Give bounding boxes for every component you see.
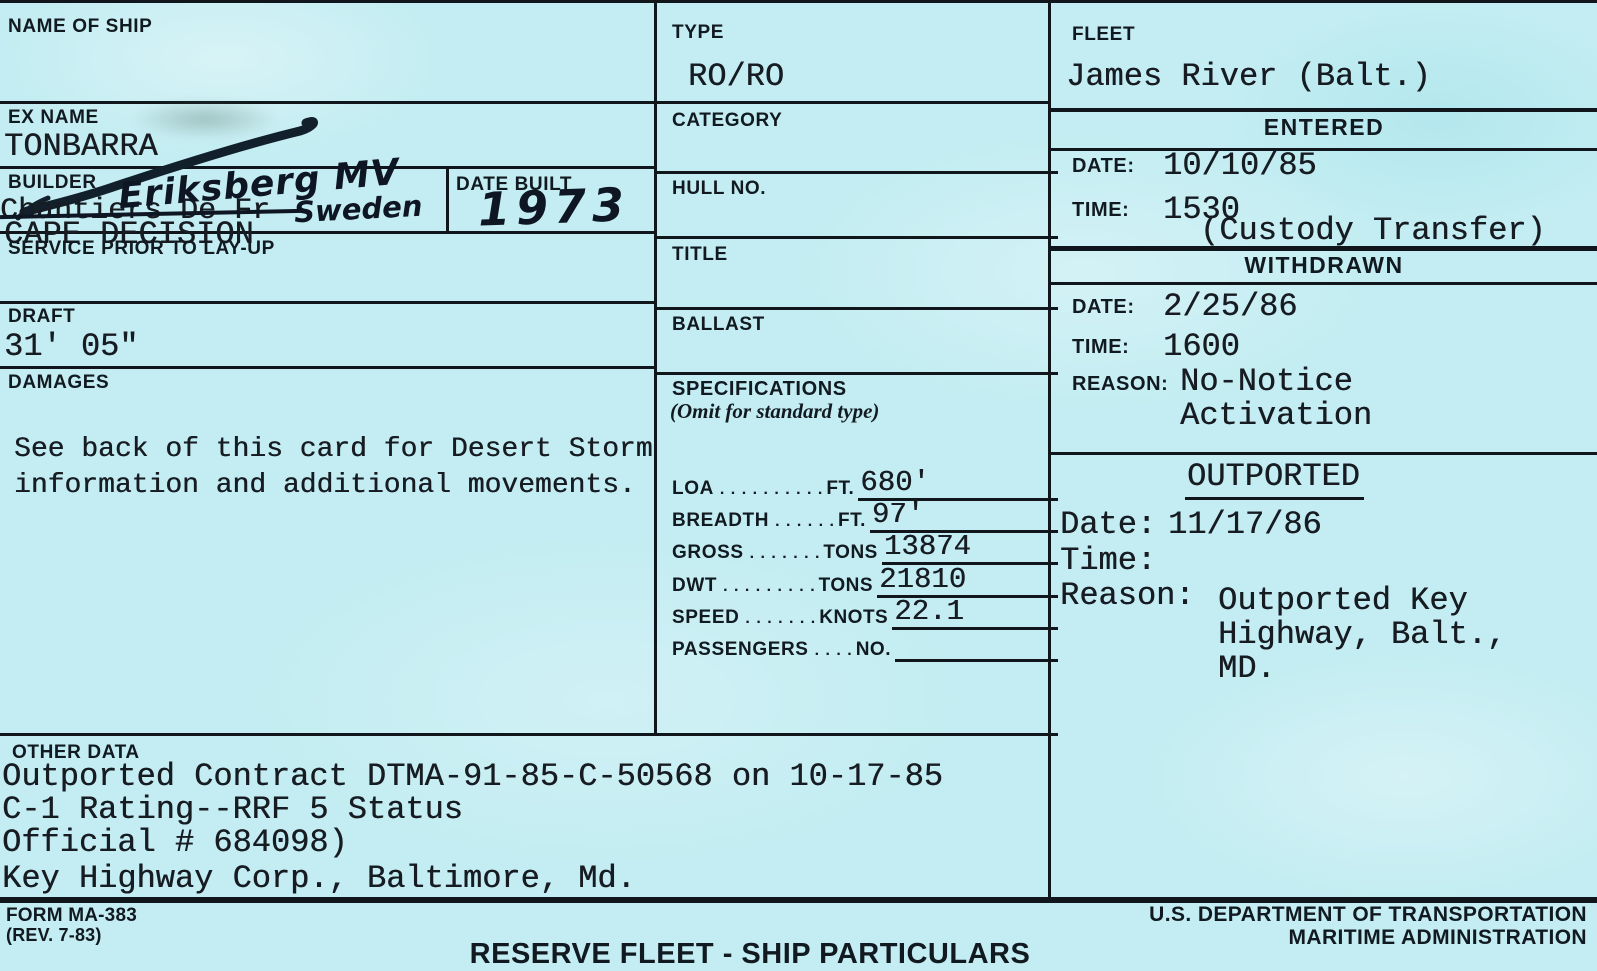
spec-value: 680' xyxy=(858,468,1058,501)
fleet-value: James River (Balt.) xyxy=(1066,58,1431,95)
spec-dots: . . . . xyxy=(815,640,853,662)
withdrawn-reason-label: REASON: xyxy=(1072,373,1168,396)
spec-name: SPEED xyxy=(672,606,739,630)
spec-name: DWT xyxy=(672,574,717,598)
divider xyxy=(654,372,1058,375)
spec-row-dwt: DWT . . . . . . . . . TONS 21810 xyxy=(672,567,1058,598)
date-built-value: 1973 xyxy=(477,177,631,236)
withdrawn-date-value: 2/25/86 xyxy=(1163,288,1297,325)
withdrawn-time-label: TIME: xyxy=(1072,336,1129,359)
spec-dots: . . . . . . . xyxy=(750,543,821,565)
spec-unit: TONS xyxy=(823,541,877,565)
builder-handwritten-country: Sweden xyxy=(293,189,423,230)
outported-reason-label: Reason: xyxy=(1060,577,1194,614)
spec-unit: FT. xyxy=(826,477,854,501)
category-label: CATEGORY xyxy=(672,110,782,132)
spec-unit: TONS xyxy=(819,574,873,598)
other-data-line-4: Key Highway Corp., Baltimore, Md. xyxy=(2,860,636,897)
divider xyxy=(0,366,657,369)
entered-date-label: DATE: xyxy=(1072,155,1135,178)
service-prior-label: SERVICE PRIOR TO LAY-UP xyxy=(8,238,275,260)
ex-name-label: EX NAME xyxy=(8,107,99,129)
spec-value: 97' xyxy=(870,500,1058,533)
hull-no-label: HULL NO. xyxy=(672,178,766,200)
spec-value: 21810 xyxy=(877,565,1058,598)
divider xyxy=(0,0,1597,3)
outported-reason-line-2: Highway, Balt., xyxy=(1218,616,1506,653)
divider xyxy=(1048,452,1597,455)
ballast-label: BALLAST xyxy=(672,314,765,336)
spec-value xyxy=(895,659,1058,662)
spec-row-passengers: PASSENGERS . . . . NO. xyxy=(672,631,1058,662)
other-data-line-3: Official # 684098) xyxy=(2,824,348,861)
entered-time-label: TIME: xyxy=(1072,199,1129,222)
spec-value: 13874 xyxy=(882,532,1058,565)
withdrawn-time-value: 1600 xyxy=(1163,328,1240,365)
entered-date-value: 10/10/85 xyxy=(1163,147,1317,184)
other-data-line-1: Outported Contract DTMA-91-85-C-50568 on… xyxy=(2,758,943,795)
spec-dots: . . . . . . . xyxy=(745,608,816,630)
agency-block: U.S. DEPARTMENT OF TRANSPORTATION MARITI… xyxy=(1149,903,1587,949)
spec-unit: FT. xyxy=(838,509,866,533)
divider xyxy=(654,236,1058,239)
spec-row-breadth: BREADTH . . . . . . FT. 97' xyxy=(672,502,1058,533)
outported-date-value: 11/17/86 xyxy=(1168,506,1322,543)
spec-name: PASSENGERS xyxy=(672,638,809,662)
divider xyxy=(654,307,1058,310)
form-revision: (REV. 7-83) xyxy=(6,925,102,946)
divider xyxy=(1048,282,1597,285)
form-number: FORM MA-383 xyxy=(6,905,137,927)
divider xyxy=(0,301,657,304)
type-label: TYPE xyxy=(672,22,724,44)
withdrawn-reason-line-1: No-Notice xyxy=(1180,363,1353,400)
spec-row-loa: LOA . . . . . . . . . . FT. 680' xyxy=(672,470,1058,501)
draft-label: DRAFT xyxy=(8,306,75,328)
divider xyxy=(1048,108,1597,112)
divider xyxy=(1048,148,1597,151)
withdrawn-header: WITHDRAWN xyxy=(1051,252,1597,279)
damages-line-2: information and additional movements. xyxy=(14,470,636,501)
fleet-label: FLEET xyxy=(1072,24,1135,46)
draft-value: 31' 05" xyxy=(4,328,138,365)
divider xyxy=(654,171,1058,174)
type-value: RO/RO xyxy=(688,58,784,95)
entered-header: ENTERED xyxy=(1051,114,1597,141)
spec-unit: KNOTS xyxy=(819,606,888,630)
title-label: TITLE xyxy=(672,244,728,266)
spec-dots: . . . . . . . . . . xyxy=(720,479,823,501)
spec-unit: NO. xyxy=(856,638,891,662)
outported-time-label: Time: xyxy=(1060,542,1156,579)
spec-name: LOA xyxy=(672,477,714,501)
divider xyxy=(446,166,449,234)
spec-name: GROSS xyxy=(672,541,744,565)
spec-name: BREADTH xyxy=(672,509,769,533)
withdrawn-reason-line-2: Activation xyxy=(1180,397,1372,434)
agency-line-1: U.S. DEPARTMENT OF TRANSPORTATION xyxy=(1149,903,1587,926)
name-of-ship-label: NAME OF SHIP xyxy=(8,16,152,38)
card-title: RESERVE FLEET - SHIP PARTICULARS xyxy=(420,938,1080,971)
spec-row-gross: GROSS . . . . . . . TONS 13874 xyxy=(672,534,1058,565)
spec-value: 22.1 xyxy=(892,597,1058,630)
spec-dots: . . . . . . xyxy=(775,511,835,533)
agency-line-2: MARITIME ADMINISTRATION xyxy=(1149,926,1587,949)
spec-row-speed: SPEED . . . . . . . KNOTS 22.1 xyxy=(672,599,1058,630)
outported-header: OUTPORTED xyxy=(1185,458,1364,500)
entered-custody-note: (Custody Transfer) xyxy=(1200,212,1546,249)
damages-line-1: See back of this card for Desert Storm xyxy=(14,434,653,465)
ship-particulars-card: NAME OF SHIP CAPE DECISION EX NAME TONBA… xyxy=(0,0,1597,971)
specifications-note: (Omit for standard type) xyxy=(670,399,879,424)
outported-date-label: Date: xyxy=(1060,506,1156,543)
other-data-line-2: C-1 Rating--RRF 5 Status xyxy=(2,791,463,828)
builder-label: BUILDER xyxy=(8,172,97,194)
divider xyxy=(0,733,1058,736)
ex-name-value: TONBARRA xyxy=(4,128,158,165)
damages-label: DAMAGES xyxy=(8,372,109,394)
spec-dots: . . . . . . . . . xyxy=(723,576,816,598)
outported-reason-line-3: MD. xyxy=(1218,650,1276,687)
withdrawn-date-label: DATE: xyxy=(1072,296,1135,319)
specifications-label: SPECIFICATIONS xyxy=(672,378,847,401)
outported-reason-line-1: Outported Key xyxy=(1218,582,1468,619)
